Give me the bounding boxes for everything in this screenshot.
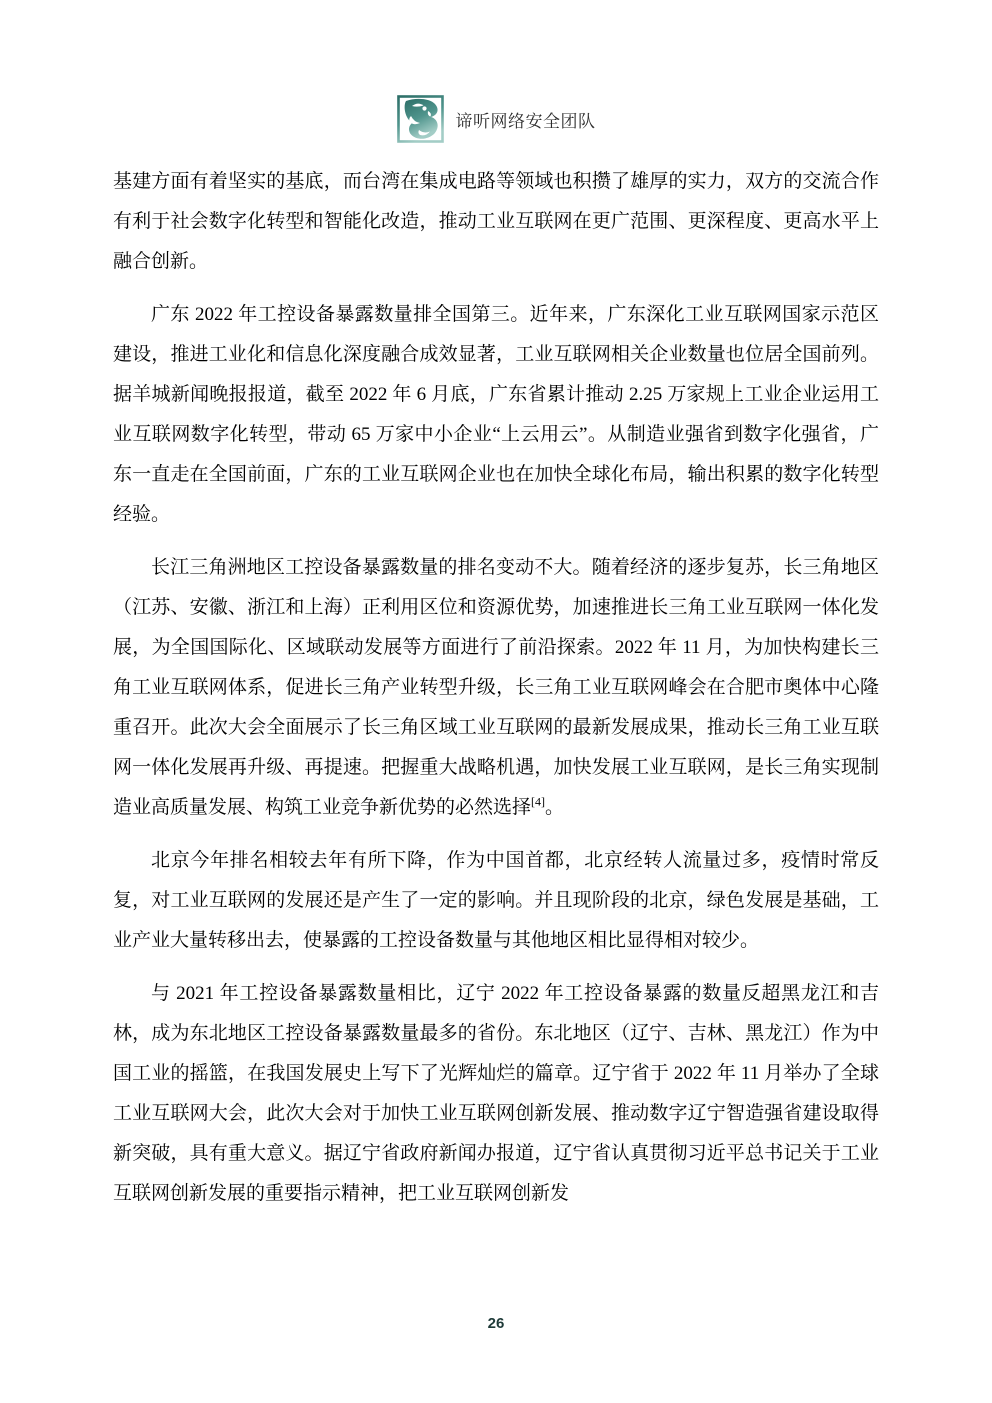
paragraph-text: 北京今年排名相较去年有所下降，作为中国首都，北京经转人流量过多，疫情时常反复，对… [113, 850, 879, 951]
paragraph: 与 2021 年工控设备暴露数量相比，辽宁 2022 年工控设备暴露的数量反超黑… [113, 974, 879, 1214]
paragraph: 北京今年排名相较去年有所下降，作为中国首都，北京经转人流量过多，疫情时常反复，对… [113, 841, 879, 961]
paragraph: 广东 2022 年工控设备暴露数量排全国第三。近年来，广东深化工业互联网国家示范… [113, 295, 879, 535]
paragraph-text: 长江三角洲地区工控设备暴露数量的排名变动不大。随着经济的逐步复苏，长三角地区（江… [113, 557, 879, 818]
document-body: 基建方面有着坚实的基底，而台湾在集成电路等领域也积攒了雄厚的实力，双方的交流合作… [113, 162, 879, 1227]
page-number: 26 [488, 1315, 505, 1332]
paragraph-text: 。 [545, 797, 564, 818]
document-page: 谛听网络安全团队 基建方面有着坚实的基底，而台湾在集成电路等领域也积攒了雄厚的实… [0, 0, 992, 1403]
paragraph: 长江三角洲地区工控设备暴露数量的排名变动不大。随着经济的逐步复苏，长三角地区（江… [113, 548, 879, 828]
paragraph-text: 广东 2022 年工控设备暴露数量排全国第三。近年来，广东深化工业互联网国家示范… [113, 304, 879, 525]
logo-team-name: 谛听网络安全团队 [456, 107, 596, 132]
paragraph-text: 与 2021 年工控设备暴露数量相比，辽宁 2022 年工控设备暴露的数量反超黑… [113, 983, 879, 1204]
citation-ref: [4] [531, 795, 545, 809]
paragraph: 基建方面有着坚实的基底，而台湾在集成电路等领域也积攒了雄厚的实力，双方的交流合作… [113, 162, 879, 282]
header: 谛听网络安全团队 [0, 94, 992, 144]
page-footer: 26 [0, 1315, 992, 1333]
paragraph-text: 基建方面有着坚实的基底，而台湾在集成电路等领域也积攒了雄厚的实力，双方的交流合作… [113, 171, 879, 272]
diting-seal-logo-icon [397, 94, 445, 144]
